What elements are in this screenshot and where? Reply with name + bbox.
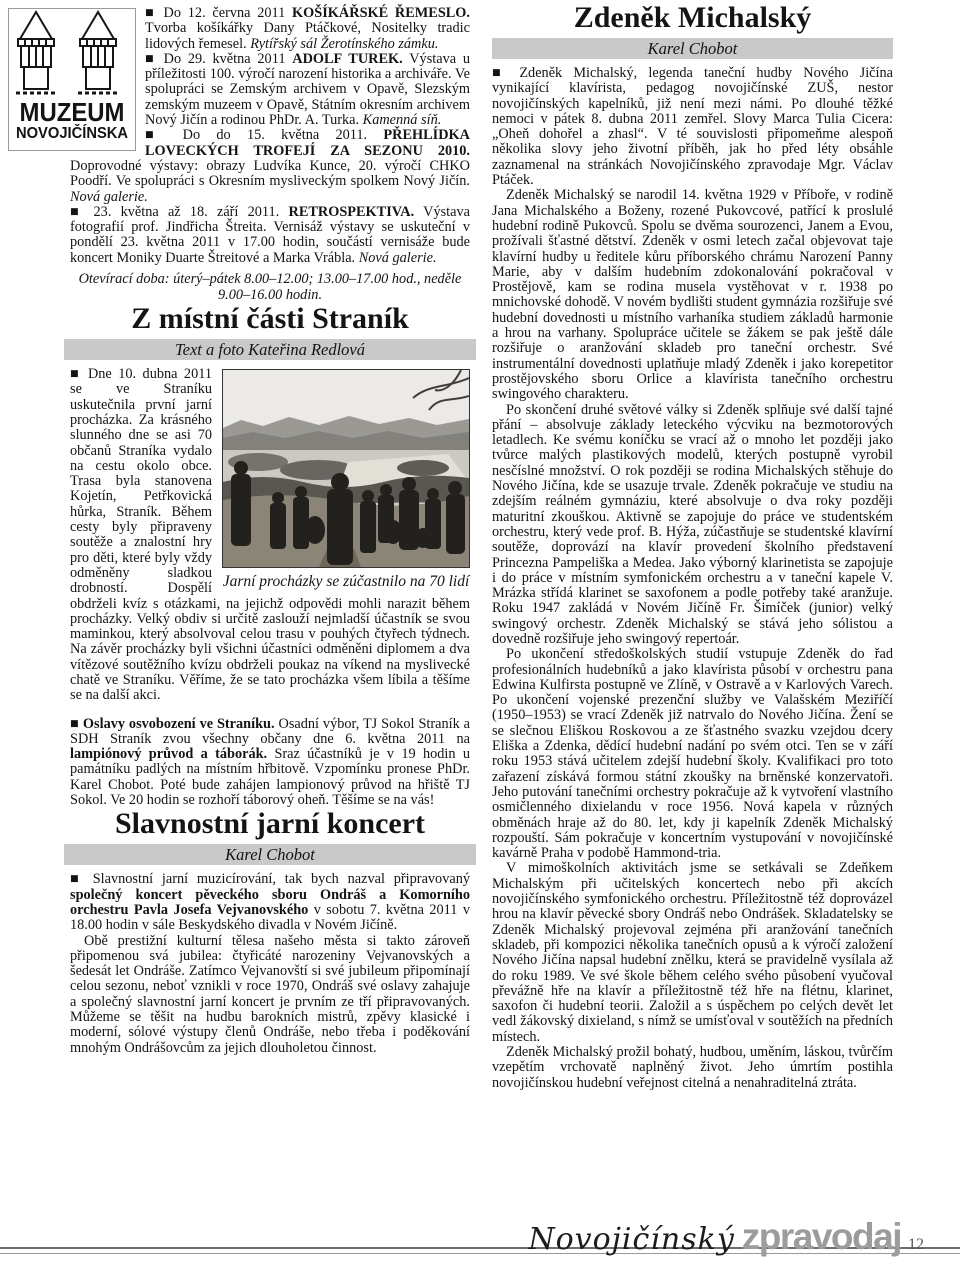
page-number: 12: [908, 1236, 924, 1254]
byline-bar-stranik: Text a foto Kateřina Redlová: [64, 339, 476, 360]
photo-figure: Jarní procházky se zúčastnilo na 70 lidí: [222, 369, 470, 591]
museum-block: MUZEUM NOVOJIČÍNSKA ■ Do 12. června 2011…: [70, 6, 470, 303]
landscape-photo-art: [223, 370, 469, 567]
byline-bar-koncert: Karel Chobot: [64, 844, 476, 865]
article-paragraph: Zdeněk Michalský prožil bohatý, hudbou, …: [492, 1045, 893, 1091]
photo-caption: Jarní procházky se zúčastnilo na 70 lidí: [222, 573, 470, 591]
muzeum-novojicinska-logo: MUZEUM NOVOJIČÍNSKA: [8, 8, 136, 151]
stranik-intro-paragraph: Jarní procházky se zúčastnilo na 70 lidí…: [70, 367, 470, 704]
newsletter-page: MUZEUM NOVOJIČÍNSKA ■ Do 12. června 2011…: [0, 0, 960, 1273]
article-paragraph: V mimoškolních aktivitách jsme se setkáv…: [492, 861, 893, 1045]
byline-bar-michalsky: Karel Chobot: [492, 38, 893, 59]
logo-text-novojicinska: NOVOJIČÍNSKA: [12, 125, 132, 142]
tower-icon: [11, 9, 134, 95]
logo-text-muzeum: MUZEUM: [14, 100, 130, 125]
opening-hours: Otevírací doba: úterý–pátek 8.00–12.00; …: [70, 271, 470, 303]
section-title-stranik: Z místní části Straník: [70, 303, 470, 335]
right-column: Zdeněk Michalský Karel Chobot ■ Zdeněk M…: [492, 2, 893, 1091]
article-paragraph: Zdeněk Michalský se narodil 14. května 1…: [492, 188, 893, 402]
koncert-intro-paragraph: ■ Slavnostní jarní muzicírování, tak byc…: [70, 872, 470, 933]
article-paragraph: ■ Zdeněk Michalský, legenda taneční hudb…: [492, 66, 893, 188]
stranik-oslavy-paragraph: ■ Oslavy osvobození ve Straníku. Osadní …: [70, 717, 470, 809]
article-paragraph: Po skončení druhé světové války si Zdeně…: [492, 403, 893, 648]
brand-novojicinsky: Novojičínský: [528, 1222, 734, 1257]
article-paragraph: Po ukončení středoškolských studií vstup…: [492, 647, 893, 861]
koncert-paragraph: Obě prestižní kulturní tělesa našeho měs…: [70, 934, 470, 1056]
museum-exhibit-item: ■ 23. května až 18. září 2011. RETROSPEK…: [70, 205, 470, 266]
footer-brand: Novojičínský zpravodaj 12: [528, 1216, 924, 1258]
article-title-michalsky: Zdeněk Michalský: [492, 2, 893, 34]
section-title-koncert: Slavnostní jarní koncert: [70, 808, 470, 840]
left-column: MUZEUM NOVOJIČÍNSKA ■ Do 12. června 2011…: [70, 6, 470, 1056]
spring-walk-photo: [222, 369, 470, 568]
brand-zpravodaj: zpravodaj: [742, 1216, 901, 1258]
